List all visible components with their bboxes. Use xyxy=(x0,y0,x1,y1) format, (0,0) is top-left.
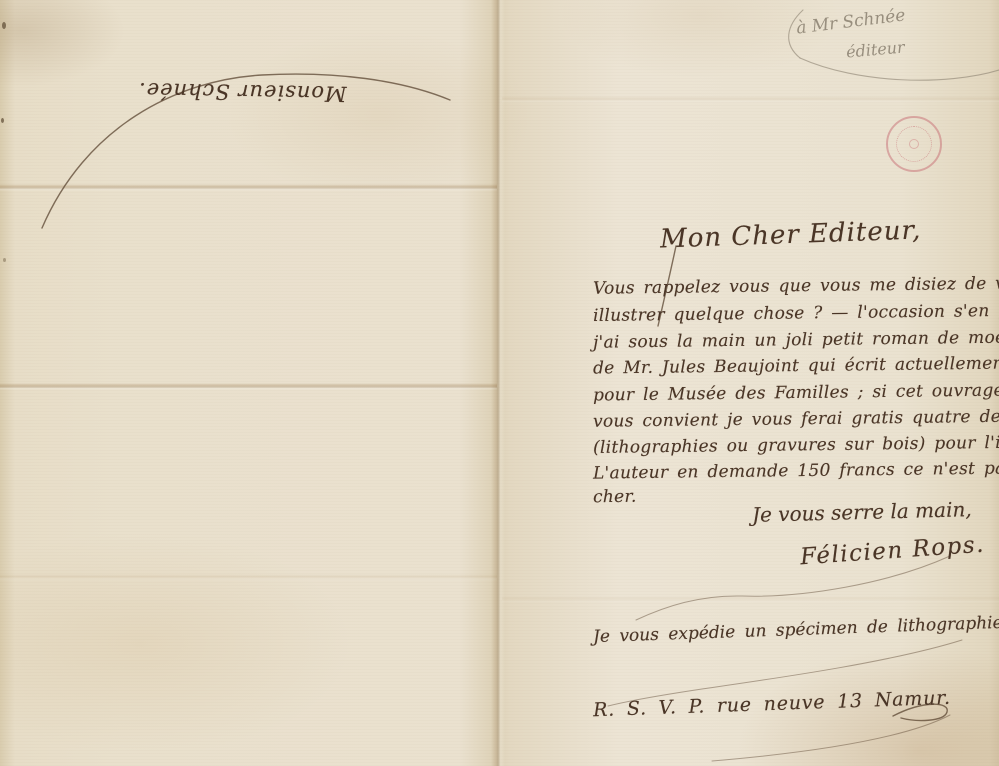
body-line: pour le Musée des Familles ; si cet ouvr… xyxy=(593,380,999,405)
paper-speck xyxy=(1,118,4,123)
flourish-stroke xyxy=(636,556,950,620)
fold-crease xyxy=(0,184,497,191)
fold-crease xyxy=(502,96,999,103)
salutation: Mon Cher Editeur, xyxy=(660,215,922,254)
postscript: Je vous expédie un spécimen de lithograp… xyxy=(593,613,999,647)
letter-scan: Monsieur Schnée. à Mr Schnée éditeur Mon… xyxy=(0,0,999,766)
rsvp-line: R. S. V. P. rue neuve 13 Namur. xyxy=(593,687,951,721)
body-line: L'auteur en demande 150 francs ce n'est … xyxy=(593,458,999,483)
closing: Je vous serre la main, xyxy=(752,497,972,527)
pencil-annotation-line2: éditeur xyxy=(845,37,905,61)
pencil-underline-stroke xyxy=(800,58,999,80)
paper-speck xyxy=(2,22,6,29)
fold-crease xyxy=(0,574,497,581)
body-line: Vous rappelez vous que vous me disiez de… xyxy=(593,273,999,298)
pencil-annotation-line1: à Mr Schnée xyxy=(795,5,906,38)
signature: Félicien Rops. xyxy=(799,532,985,571)
fold-crease xyxy=(0,383,497,390)
fold-crease xyxy=(502,596,999,603)
body-line: (lithographies ou gravures sur bois) pou… xyxy=(593,432,999,458)
center-fold-crease xyxy=(491,0,505,766)
body-line: cher. xyxy=(593,487,637,508)
body-line: j'ai sous la main un joli petit roman de… xyxy=(593,327,999,352)
address-reversed: Monsieur Schnée. xyxy=(138,78,347,106)
body-line: vous convient je vous ferai gratis quatr… xyxy=(593,406,999,432)
flourish-stroke xyxy=(712,715,950,761)
body-line: de Mr. Jules Beaujoint qui écrit actuell… xyxy=(593,353,999,378)
body-line: illustrer quelque chose ? — l'occasion s… xyxy=(593,300,999,326)
library-stamp-icon xyxy=(886,116,942,172)
paper-speck xyxy=(3,258,6,262)
